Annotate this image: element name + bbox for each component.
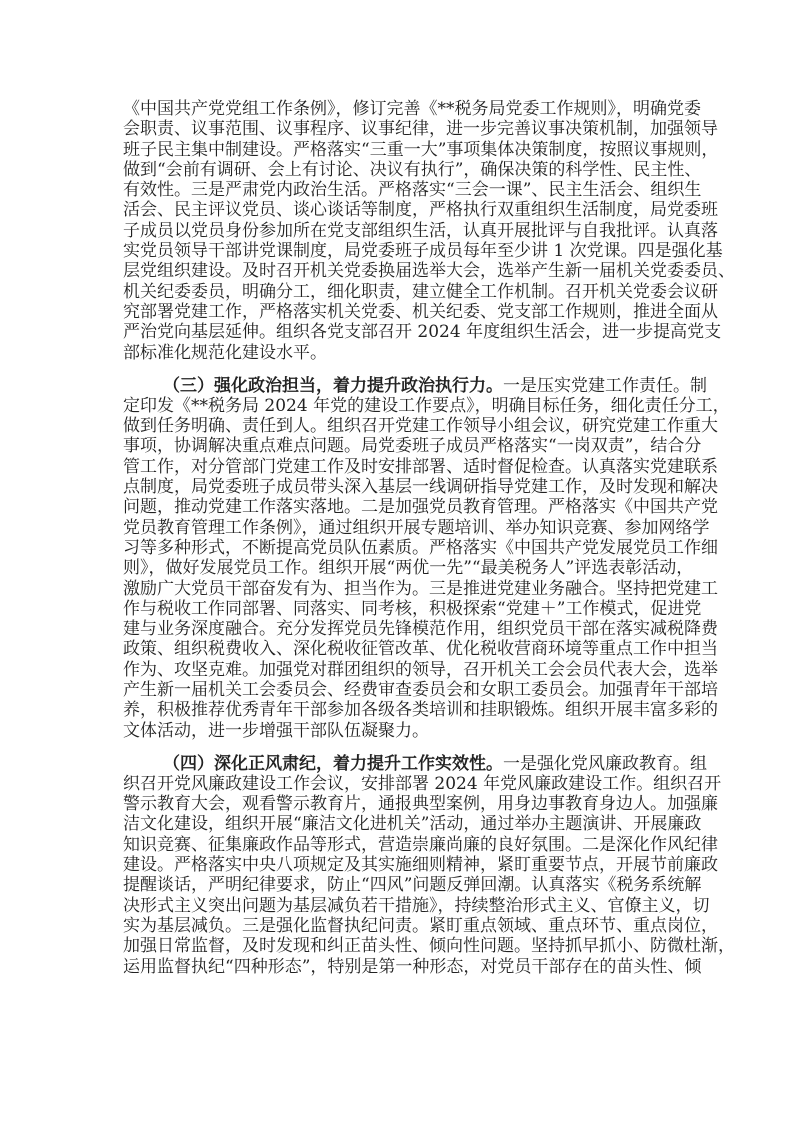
text-line: 子成员以党员身份参加所在党支部组织生活，认真开展批评与自我批评。认真落 xyxy=(123,221,671,241)
section-heading: （四）深化正风肃纪，着力提升工作实效性。 xyxy=(163,754,503,774)
text-line: 建设。严格落实中央八项规定及其实施细则精神，紧盯重要节点，开展节前廉政 xyxy=(123,855,671,875)
text-line: 作与税收工作同部署、同落实、同考核，积极探索“党建＋”工作模式，促进党 xyxy=(123,599,671,619)
text-line: 有效性。三是严肃党内政治生活。严格落实“三会一课”、民主生活会、组织生 xyxy=(123,180,671,200)
section-heading: （三）强化政治担当，着力提升政治执行力。 xyxy=(163,376,503,396)
document-page: 《中国共产党党组工作条例》，修订完善《**税务局党委工作规则》，明确党委 会职责… xyxy=(123,99,671,990)
text-line: 提醒谈话，严明纪律要求，防止“四风”问题反弹回潮。认真落实《税务系统解 xyxy=(123,875,671,895)
section-lead-text: 一是压实党建工作责任。制 xyxy=(503,376,707,396)
text-line: 党员教育管理工作条例》，通过组织开展专题培训、举办知识竞赛、参加网络学 xyxy=(123,518,671,538)
text-line: 织召开党风廉政建设工作会议，安排部署 2024 年党风廉政建设工作。组织召开 xyxy=(123,774,671,794)
text-line: 做到“会前有调研、会上有讨论、决议有执行”，确保决策的科学性、民主性、 xyxy=(123,160,671,180)
text-line: 班子民主集中制建设。严格落实“三重一大”事项集体决策制度，按照议事规则， xyxy=(123,140,671,160)
text-line: 究部署党建工作，严格落实机关党委、机关纪委、党支部工作规则，推进全面从 xyxy=(123,302,671,322)
text-line: 文体活动，进一步增强干部队伍凝聚力。 xyxy=(123,721,671,741)
text-line: 部标准化规范化建设水平。 xyxy=(123,343,671,363)
text-line: 作为、攻坚克难。加强党对群团组织的领导，召开机关工会会员代表大会，选举 xyxy=(123,660,671,680)
text-line: 建与业务深度融合。充分发挥党员先锋模范作用，组织党员干部在落实减税降费 xyxy=(123,619,671,639)
text-line: 实党员领导干部讲党课制度，局党委班子成员每年至少讲 1 次党课。四是强化基 xyxy=(123,241,671,261)
text-line: 加强日常监督，及时发现和纠正苗头性、倾向性问题。坚持抓早抓小、防微杜渐， xyxy=(123,936,671,956)
text-line: 做到任务明确、责任到人。组织召开党建工作领导小组会议，研究党建工作重大 xyxy=(123,416,671,436)
section-lead-text: 一是强化党风廉政教育。组 xyxy=(503,754,707,774)
text-line: 定印发《**税务局 2024 年党的建设工作要点》，明确目标任务，细化责任分工， xyxy=(123,396,671,416)
section-first-line: （三）强化政治担当，着力提升政治执行力。一是压实党建工作责任。制 xyxy=(123,376,671,396)
text-line: 则》，做好发展党员工作。组织开展“两优一先”“最美税务人”评选表彰活动， xyxy=(123,558,671,578)
text-line: 层党组织建设。及时召开机关党委换届选举大会，选举产生新一届机关党委委员、 xyxy=(123,261,671,281)
text-line: 《中国共产党党组工作条例》，修订完善《**税务局党委工作规则》，明确党委 xyxy=(123,99,671,119)
text-line: 决形式主义突出问题为基层减负若干措施》，持续整治形式主义、官僚主义，切 xyxy=(123,896,671,916)
text-line: 会职责、议事范围、议事程序、议事纪律，进一步完善议事决策机制，加强领导 xyxy=(123,119,671,139)
text-line: 机关纪委委员，明确分工，细化职责，建立健全工作机制。召开机关党委会议研 xyxy=(123,282,671,302)
text-line: 问题，推动党建工作落实落地。二是加强党员教育管理。严格落实《中国共产党 xyxy=(123,497,671,517)
text-line: 事项，协调解决重点难点问题。局党委班子成员严格落实“一岗双责”，结合分 xyxy=(123,436,671,456)
text-line: 管工作，对分管部门党建工作及时安排部署、适时督促检查。认真落实党建联系 xyxy=(123,457,671,477)
text-line: 运用监督执纪“四种形态”，特别是第一种形态，对党员干部存在的苗头性、倾 xyxy=(123,957,671,977)
text-line: 严治党向基层延伸。组织各党支部召开 2024 年度组织生活会，进一步提高党支 xyxy=(123,322,671,342)
paragraph-section-3: （三）强化政治担当，着力提升政治执行力。一是压实党建工作责任。制 定印发《**税… xyxy=(123,376,671,741)
text-line: 点制度，局党委班子成员带头深入基层一线调研指导党建工作，及时发现和解决 xyxy=(123,477,671,497)
paragraph-section-4: （四）深化正风肃纪，着力提升工作实效性。一是强化党风廉政教育。组 织召开党风廉政… xyxy=(123,754,671,977)
text-line: 洁文化建设，组织开展“廉洁文化进机关”活动，通过举办主题演讲、开展廉政 xyxy=(123,814,671,834)
text-line: 养，积极推荐优秀青年干部参加各级各类培训和挂职锻炼。组织开展丰富多彩的 xyxy=(123,700,671,720)
text-line: 激励广大党员干部奋发有为、担当作为。三是推进党建业务融合。坚持把党建工 xyxy=(123,579,671,599)
text-line: 产生新一届机关工会委员会、经费审查委员会和女职工委员会。加强青年干部培 xyxy=(123,680,671,700)
text-line: 知识竞赛、征集廉政作品等形式，营造崇廉尚廉的良好氛围。二是深化作风纪律 xyxy=(123,835,671,855)
text-line: 政策、组织税费收入、深化税收征管改革、优化税收营商环境等重点工作中担当 xyxy=(123,639,671,659)
text-line: 习等多种形式，不断提高党员队伍素质。严格落实《中国共产党发展党员工作细 xyxy=(123,538,671,558)
text-line: 警示教育大会，观看警示教育片，通报典型案例，用身边事教育身边人。加强廉 xyxy=(123,794,671,814)
text-line: 活会、民主评议党员、谈心谈话等制度，严格执行双重组织生活制度，局党委班 xyxy=(123,200,671,220)
text-line: 实为基层减负。三是强化监督执纪问责。紧盯重点领域、重点环节、重点岗位， xyxy=(123,916,671,936)
section-first-line: （四）深化正风肃纪，着力提升工作实效性。一是强化党风廉政教育。组 xyxy=(123,754,671,774)
paragraph-continued: 《中国共产党党组工作条例》，修订完善《**税务局党委工作规则》，明确党委 会职责… xyxy=(123,99,671,363)
